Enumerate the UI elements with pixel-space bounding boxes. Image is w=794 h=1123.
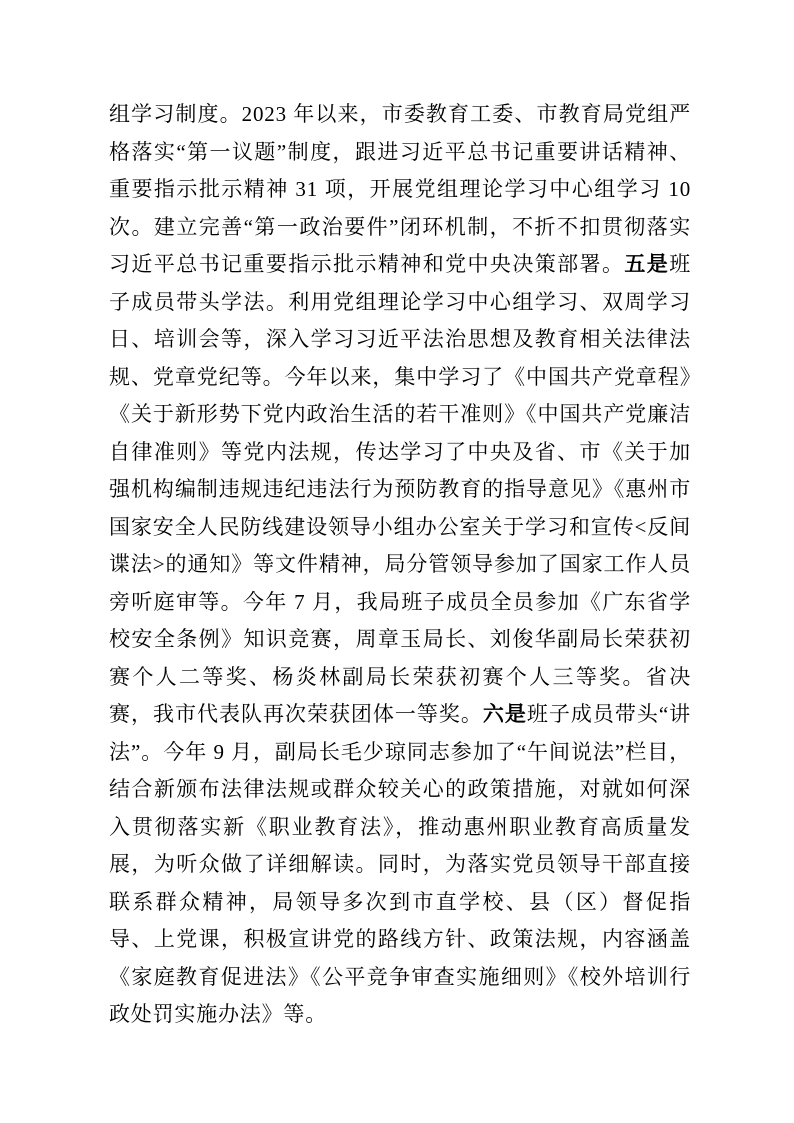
paragraph-segment-emphasis-six: 六是 xyxy=(483,702,527,726)
paragraph-segment-emphasis-five: 五是 xyxy=(624,252,669,276)
paragraph-segment: 班子成员带头“讲法”。今年 9 月，副局长毛少琼同志参加了“午间说法”栏目，结合… xyxy=(109,702,691,1026)
paragraph-segment: 班子成员带头学法。利用党组理论学习中心组学习、双周学习日、培训会等，深入学习习近… xyxy=(109,252,691,726)
body-paragraph: 组学习制度。2023 年以来，市委教育工委、市教育局党组严格落实“第一议题”制度… xyxy=(109,96,691,1034)
paragraph-segment: 组学习制度。2023 年以来，市委教育工委、市教育局党组严格落实“第一议题”制度… xyxy=(109,102,691,276)
document-page: 组学习制度。2023 年以来，市委教育工委、市教育局党组严格落实“第一议题”制度… xyxy=(0,0,794,1123)
